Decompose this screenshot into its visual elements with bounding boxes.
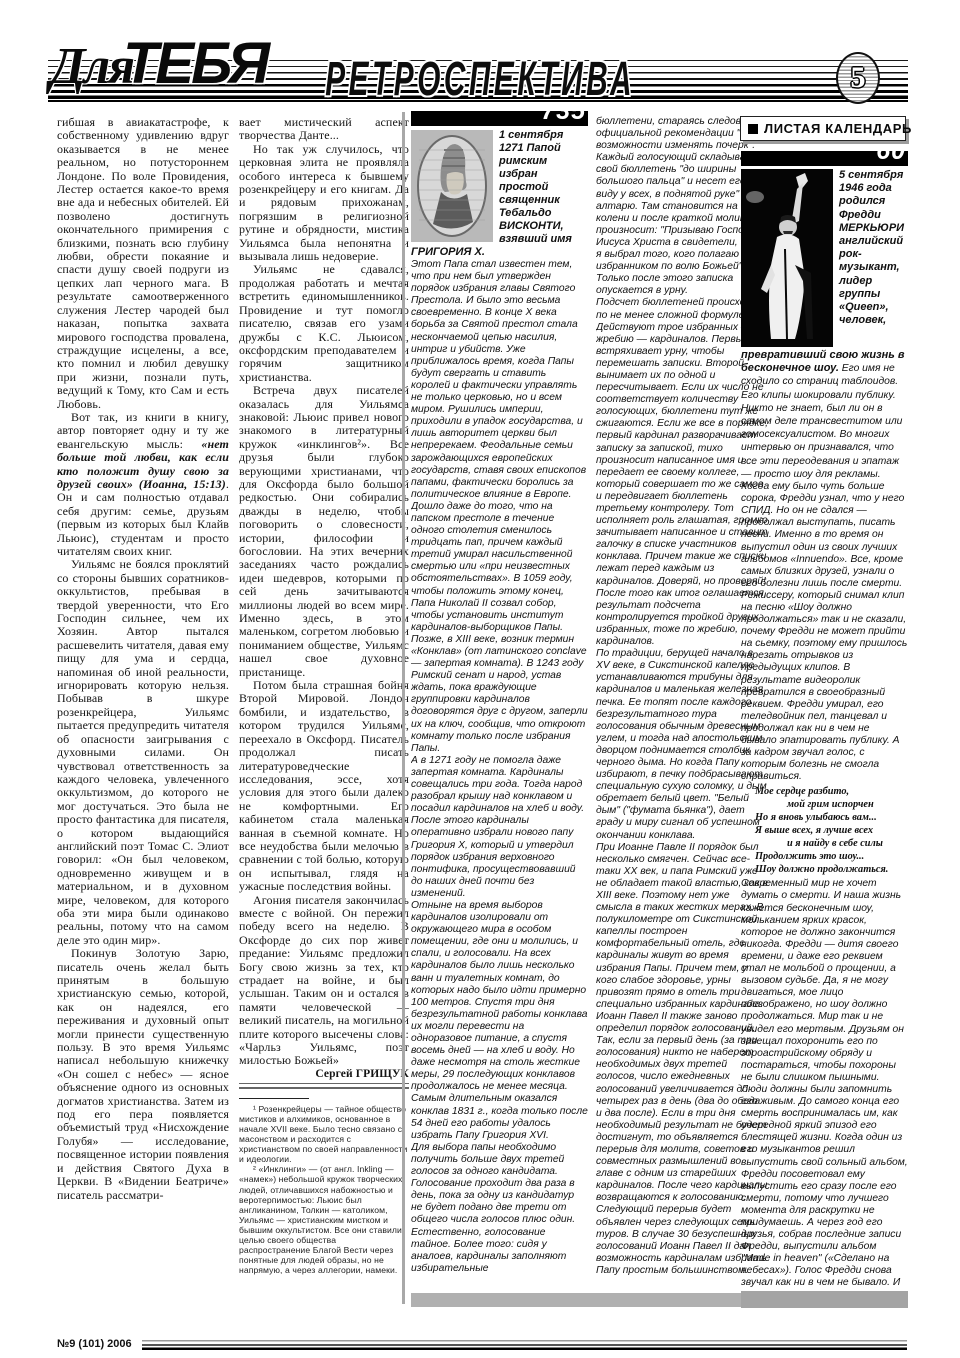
article-paragraph: Потом была страшная бойня Второй Мировой… [239, 679, 409, 894]
badge-number: 60 [876, 151, 906, 157]
verse-line: и я найду в себе силы [741, 837, 908, 850]
freddie-mercury-photo [741, 169, 833, 347]
song-verse: Мое сердце разбито, мой грим испорчен Но… [741, 785, 908, 876]
bottom-gray-bar [741, 1291, 908, 1308]
article-paragraph: гибшая в авиакатастрофе, к собственному … [57, 116, 229, 411]
footnote: ² «Инклинги» — (от англ. Inkling — «наме… [239, 1164, 409, 1275]
section-title: РЕТРОСПЕКТИВА [0, 60, 960, 98]
footer-stripes [142, 1339, 907, 1350]
page-number-badge: 5 [836, 52, 880, 104]
verse-line: Мое сердце разбито, [741, 785, 908, 798]
date-badge-735: 735 [411, 111, 588, 126]
freddie-article-column: 60 5 сентября 1946 года родился Фредди М… [741, 151, 908, 1287]
article-paragraph: Этот Папа стал известен тем, что при нем… [411, 259, 588, 755]
article-paragraph: Покинув Золотую Зарю, писатель очень жел… [57, 947, 229, 1202]
article-paragraph: Уильямс не сдавался, продолжая работать … [239, 263, 409, 384]
date-badge-60: 60 [741, 151, 908, 166]
article-paragraph: Но так уж случилось, что церковная элита… [239, 143, 409, 264]
article-paragraph: Агония писателя закончилась вместе с вой… [239, 894, 409, 1068]
williams-article-column-2: вает мистический аспект творчества Данте… [239, 116, 409, 1286]
article-author: Сергей ГРИЩУК [239, 1068, 409, 1081]
newspaper-page: ДляТЕБЯ РЕТРОСПЕКТИВА 5 гибшая в авиакат… [0, 0, 960, 1358]
article-paragraph: Уильямс не боялся проклятий со стороны б… [57, 558, 229, 947]
bottom-gray-bar [411, 1293, 768, 1307]
verse-line: мой грим испорчен [741, 798, 908, 811]
article-paragraph: вает мистический аспект творчества Данте… [239, 116, 409, 143]
square-bullet-icon [748, 124, 758, 134]
article-paragraph: А в 1271 году не помогла даже запертая к… [411, 755, 588, 900]
verse-line: Продолжить это шоу... [741, 850, 908, 863]
article-paragraph: Встреча двух писателей оказалась для Уил… [239, 384, 409, 679]
pope-portrait-image [411, 130, 493, 242]
column-divider-rule [402, 112, 405, 1304]
pope-article-column-1: 735 1 сентября 1271 Папой римским избран… [411, 111, 588, 1289]
article-paragraph: Вот так, из книги в книгу, автор повторя… [57, 411, 229, 558]
article-paragraph: Когда ему было чуть больше сорока, Фредд… [741, 481, 908, 590]
page-number: 5 [851, 61, 866, 95]
footnote: ¹ Розенкрейцеры — тайное общество мистик… [239, 1104, 409, 1165]
footnote-separator [239, 1098, 309, 1099]
verse-line: Но я вновь улыбаюсь вам... [741, 811, 908, 824]
author-rule [239, 1083, 409, 1089]
article-paragraph: Отныне на время выборов кардиналов изоли… [411, 900, 588, 1142]
williams-article-column-1: гибшая в авиакатастрофе, к собственному … [57, 116, 229, 1281]
page-footer: №9 (101) 2006 [57, 1337, 907, 1351]
listaya-kalendar-header: ЛИСТАЯ КАЛЕНДАРЬ [740, 116, 906, 141]
article-paragraph: Режиссеру, который снимал клип на песню … [741, 590, 908, 784]
verse-line: Шоу должно продолжаться. [741, 863, 908, 876]
article-paragraph: Для выбора папы необходимо получить боль… [411, 1142, 588, 1275]
issue-number: №9 (101) 2006 [57, 1338, 132, 1350]
article-paragraph: Современный мир не хочет думать о смерти… [741, 878, 908, 1287]
rubric-title: ЛИСТАЯ КАЛЕНДАРЬ [764, 121, 912, 136]
verse-line: Я выше всех, я лучше всех [741, 824, 908, 837]
badge-number: 735 [541, 111, 586, 117]
